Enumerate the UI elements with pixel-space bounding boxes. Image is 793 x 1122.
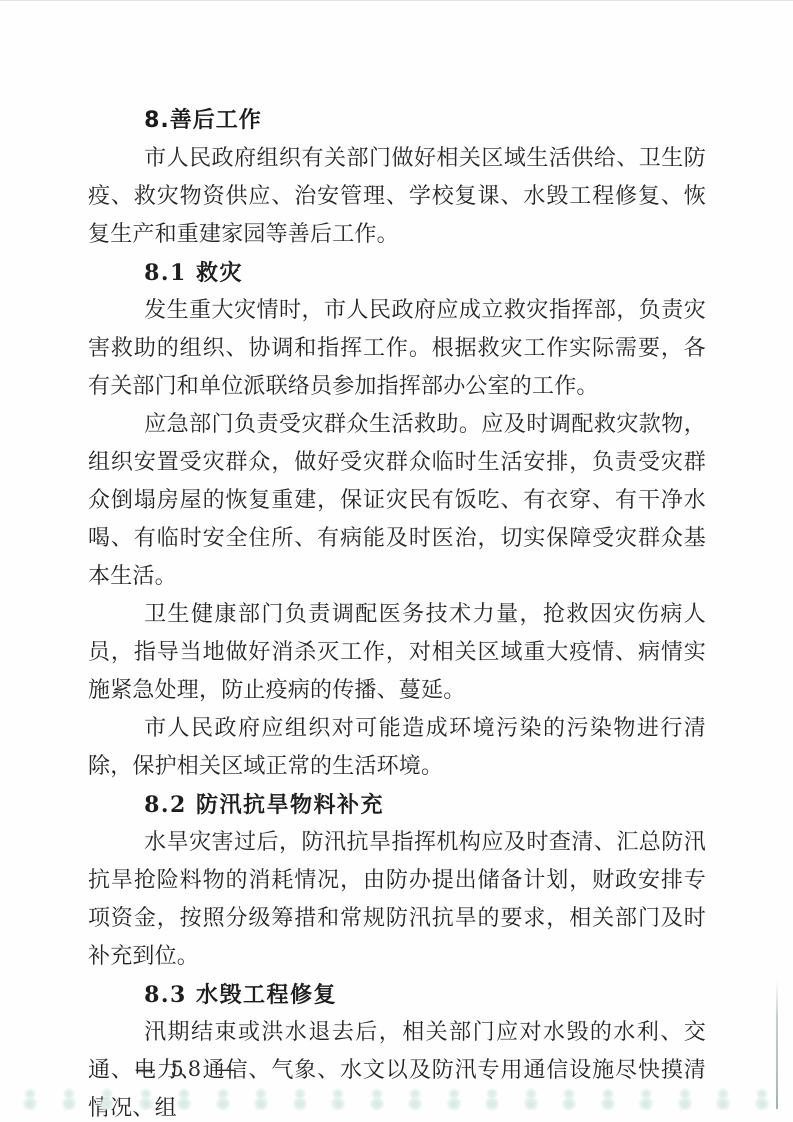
watermark-glyph: [446, 1088, 462, 1110]
body-paragraph: 卫生健康部门负责调配医务技术力量，抢救因灾伤病人员，指导当地做好消杀灭工作，对相…: [88, 596, 706, 710]
section-heading: 8.3 水毁工程修复: [88, 976, 706, 1014]
watermark-glyph: [369, 1088, 385, 1110]
watermark-glyph: [638, 1088, 654, 1110]
watermark-glyph: [61, 1088, 77, 1110]
watermark-glyph: [561, 1088, 577, 1110]
watermark-glyph: [600, 1088, 616, 1110]
page-number-label: — 58 —: [135, 1057, 241, 1081]
body-paragraph: 市人民政府应组织对可能造成环境污染的污染物进行清除，保护相关区域正常的生活环境。: [88, 710, 706, 786]
document-page: 8.善后工作市人民政府组织有关部门做好相关区域生活供给、卫生防疫、救灾物资供应、…: [0, 0, 793, 1122]
scan-edge-line-artifact: [776, 980, 778, 1109]
watermark-glyph: [330, 1088, 346, 1110]
watermark-glyph: [677, 1088, 693, 1110]
body-paragraph: 应急部门负责受灾群众生活救助。应及时调配救灾款物，组织安置受灾群众，做好受灾群众…: [88, 406, 706, 596]
section-heading: 8.2 防汛抗旱物料补充: [88, 786, 706, 824]
document-content: 8.善后工作市人民政府组织有关部门做好相关区域生活供给、卫生防疫、救灾物资供应、…: [88, 102, 706, 1122]
chapter-heading: 8.善后工作: [88, 102, 706, 140]
watermark-glyph: [484, 1088, 500, 1110]
body-paragraph: 发生重大灾情时，市人民政府应成立救灾指挥部，负责灾害救助的组织、协调和指挥工作。…: [88, 292, 706, 406]
watermark-glyph: [253, 1088, 269, 1110]
section-heading: 8.1 救灾: [88, 254, 706, 292]
watermark-glyph: [176, 1088, 192, 1110]
watermark-glyph: [715, 1088, 731, 1110]
watermark-glyph: [407, 1088, 423, 1110]
watermark-glyph: [292, 1088, 308, 1110]
watermark-marks: [22, 1088, 770, 1112]
watermark-glyph: [22, 1088, 38, 1110]
watermark-glyph: [754, 1088, 770, 1110]
body-paragraph: 水旱灾害过后，防汛抗旱指挥机构应及时查清、汇总防汛抗旱抢险料物的消耗情况，由防办…: [88, 824, 706, 976]
watermark-glyph: [215, 1088, 231, 1110]
watermark-glyph: [523, 1088, 539, 1110]
body-paragraph: 市人民政府组织有关部门做好相关区域生活供给、卫生防疫、救灾物资供应、治安管理、学…: [88, 140, 706, 254]
watermark-glyph: [138, 1088, 154, 1110]
watermark-glyph: [99, 1088, 115, 1110]
